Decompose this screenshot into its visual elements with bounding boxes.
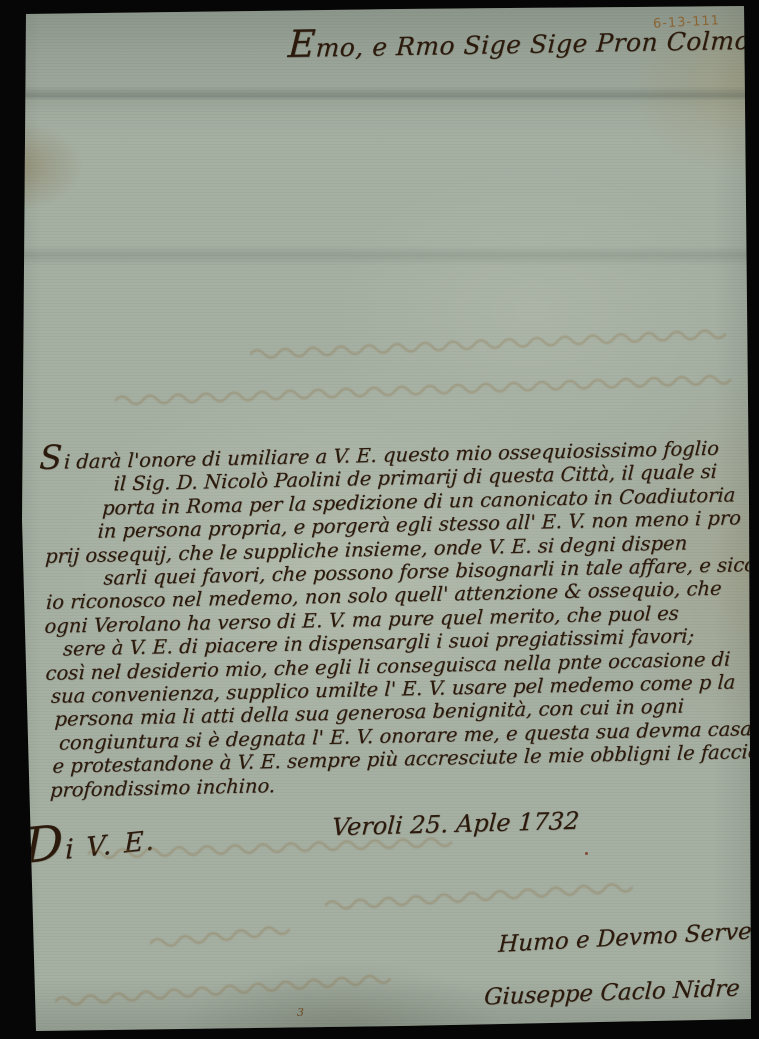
dateline: Veroli 25. Aple 1732 [331, 807, 580, 842]
signature-courtesy-line: Humo e Devmo Serve Obbligmo [498, 912, 759, 958]
manuscript-scan: Emo, e Rmo Sige Sige Pron Colmo 6-13-111… [0, 0, 759, 1039]
letter-paper: Emo, e Rmo Sige Sige Pron Colmo 6-13-111… [0, 0, 759, 1039]
ink-speck [744, 37, 748, 41]
stray-mark: 3 [297, 1006, 304, 1019]
closing-address: Di V. E. [24, 805, 156, 875]
signature-name: Giuseppe Caclo Nidre [483, 976, 740, 1011]
fold-crease [0, 86, 759, 112]
fold-crease [0, 246, 759, 266]
letter-body: Si darà l'onore di umiliare a V. E. ques… [38, 432, 735, 802]
ink-speck [585, 852, 588, 855]
